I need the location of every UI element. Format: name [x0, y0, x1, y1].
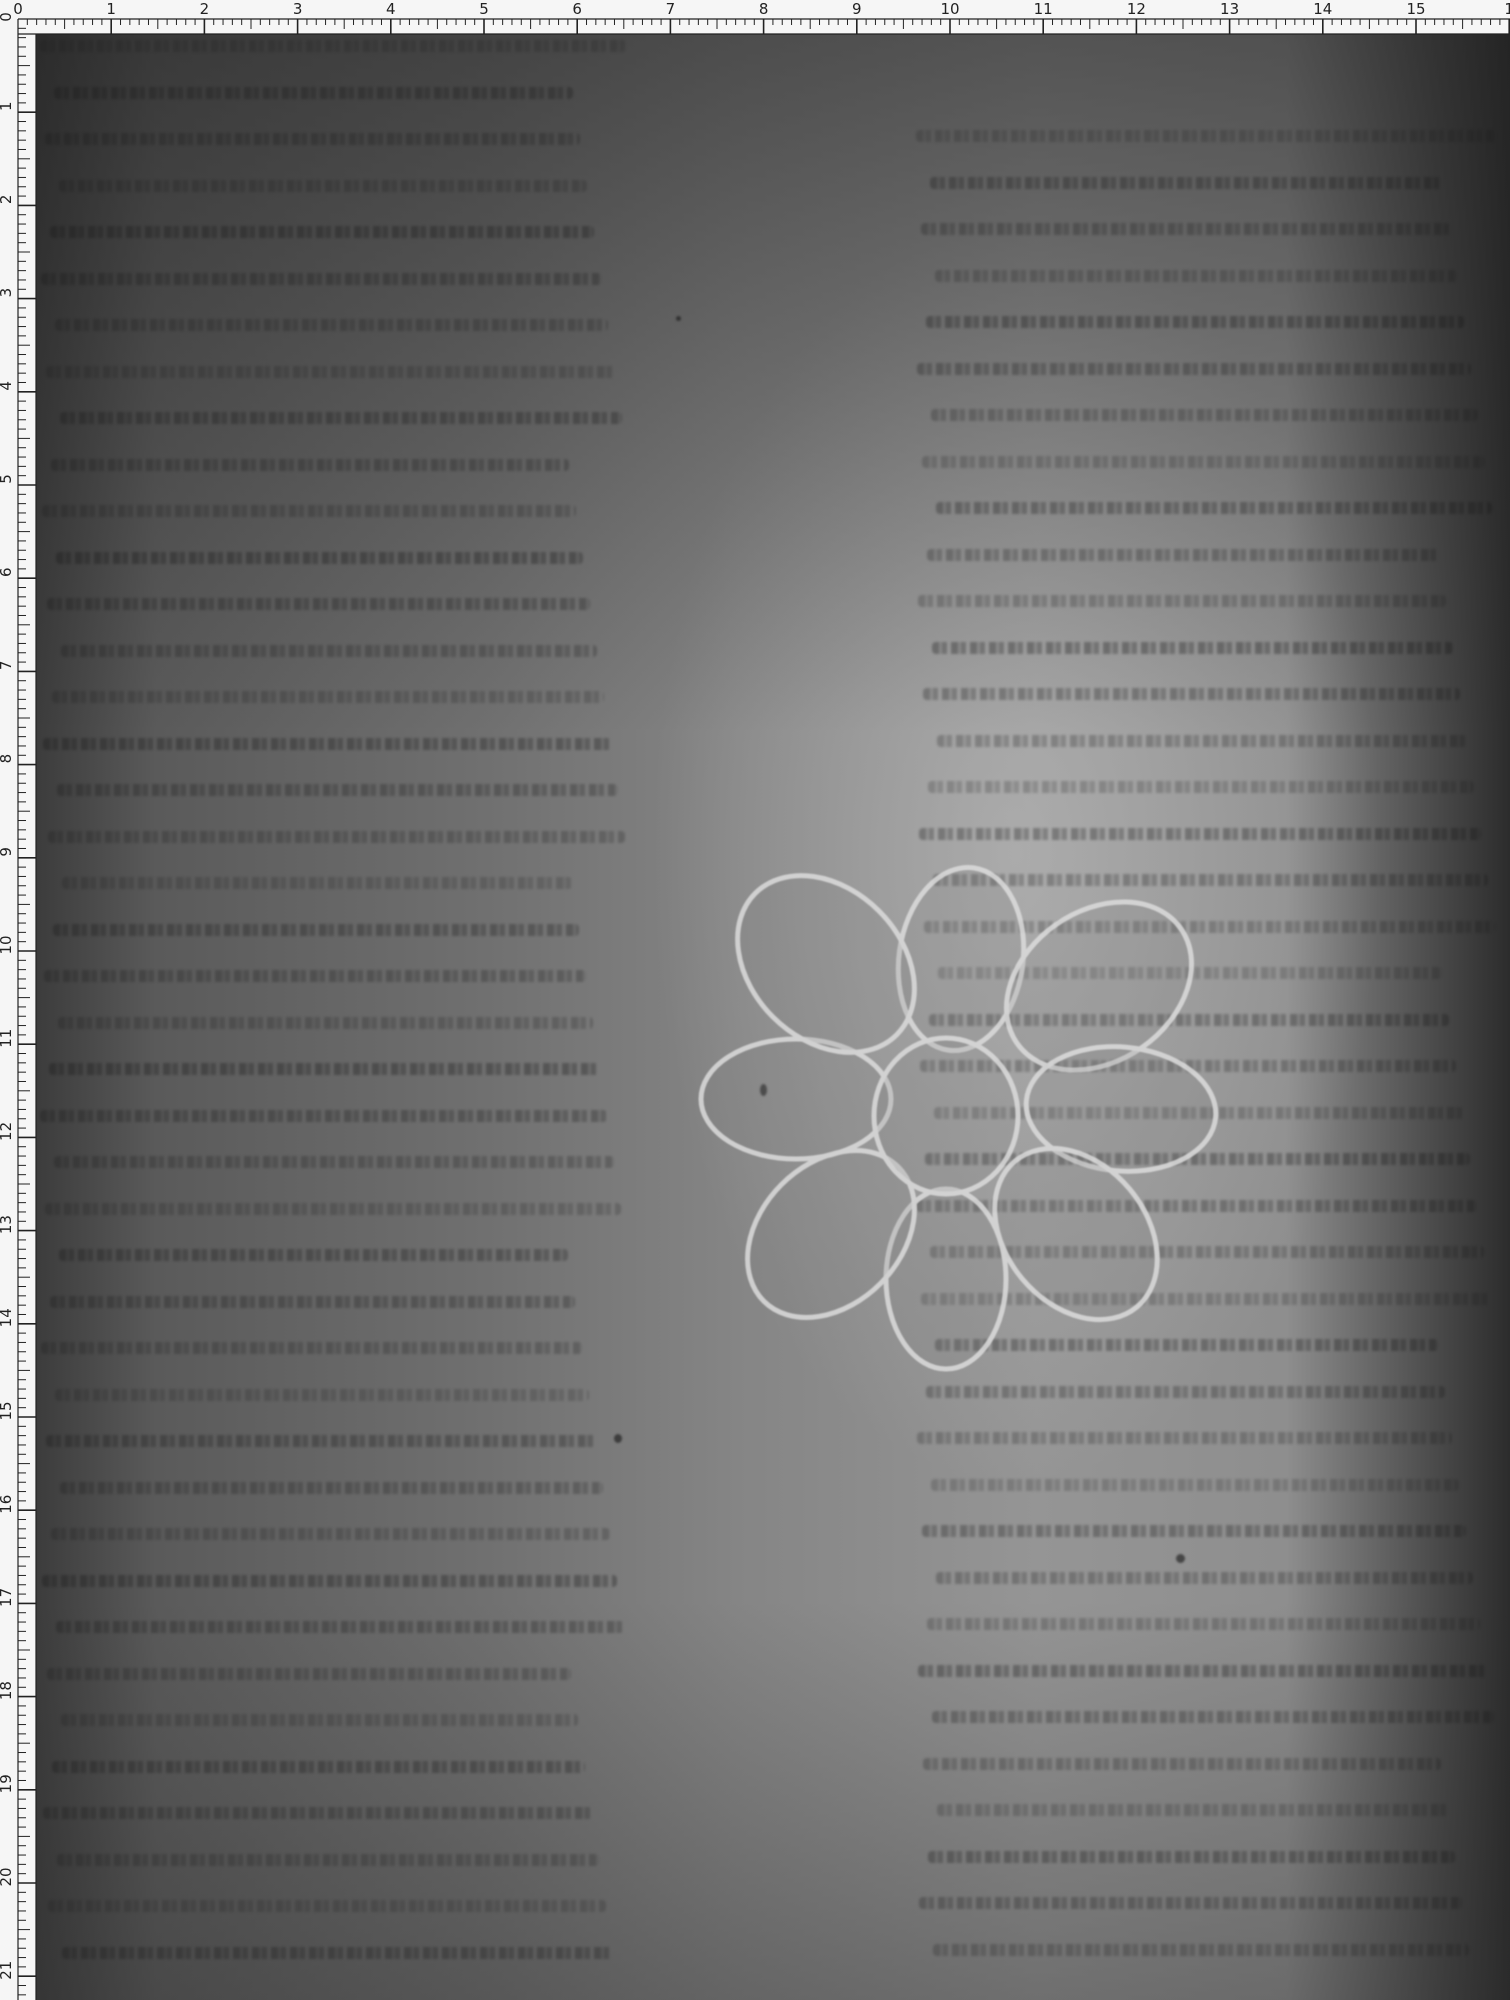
ruler-ticks: 0123456789101112131415101234567891011121… — [0, 0, 1510, 2000]
ruler-label-left: 19 — [0, 1774, 15, 1793]
ruler-label-top: 5 — [479, 0, 489, 18]
ruler-label-top: 2 — [200, 0, 210, 18]
ruler-label-left: 21 — [0, 1961, 15, 1980]
ruler-label-top: 1 — [106, 0, 116, 18]
ruler-label-top: 6 — [572, 0, 582, 18]
ruler-label-left: 17 — [0, 1588, 15, 1607]
ruler-label-top: 3 — [293, 0, 303, 18]
ruler-label-left: 20 — [0, 1867, 15, 1886]
ruler-label-top: 11 — [1034, 0, 1053, 18]
ruler-label-left: 3 — [0, 288, 15, 298]
ruler-label-left: 5 — [0, 474, 15, 484]
ruler-label-left: 2 — [0, 195, 15, 205]
ruler-label-left: 4 — [0, 381, 15, 391]
ruler-label-top: 13 — [1220, 0, 1239, 18]
ruler-label-left: 16 — [0, 1495, 15, 1514]
ruler-label-left: 6 — [0, 567, 15, 577]
ruler-label-left: 12 — [0, 1122, 15, 1141]
ruler-label-left: 15 — [0, 1401, 15, 1420]
ruler-label-left: 10 — [0, 935, 15, 954]
ruler-label-left: 11 — [0, 1029, 15, 1048]
ruler-label-left: 7 — [0, 661, 15, 671]
ruler-label-top: 4 — [386, 0, 396, 18]
ruler-label-top: 12 — [1127, 0, 1146, 18]
ruler-label-left: 9 — [0, 847, 15, 857]
ruler-label-left: 1 — [0, 101, 15, 111]
ruler-label-left: 18 — [0, 1681, 15, 1700]
ruler-label-top: 7 — [666, 0, 676, 18]
ruler-label-left: 0 — [0, 12, 15, 22]
ruler-label-top: 8 — [759, 0, 769, 18]
ruler-label-left: 8 — [0, 754, 15, 764]
ruler-label-top: 15 — [1406, 0, 1425, 18]
ruler-label-left: 14 — [0, 1308, 15, 1327]
ruler-label-top: 9 — [852, 0, 862, 18]
ruler-label-top: 14 — [1313, 0, 1332, 18]
ruler-label-top: 10 — [940, 0, 959, 18]
ruler-label-left: 13 — [0, 1215, 15, 1234]
ruler-label-top: 1 — [1504, 0, 1510, 18]
